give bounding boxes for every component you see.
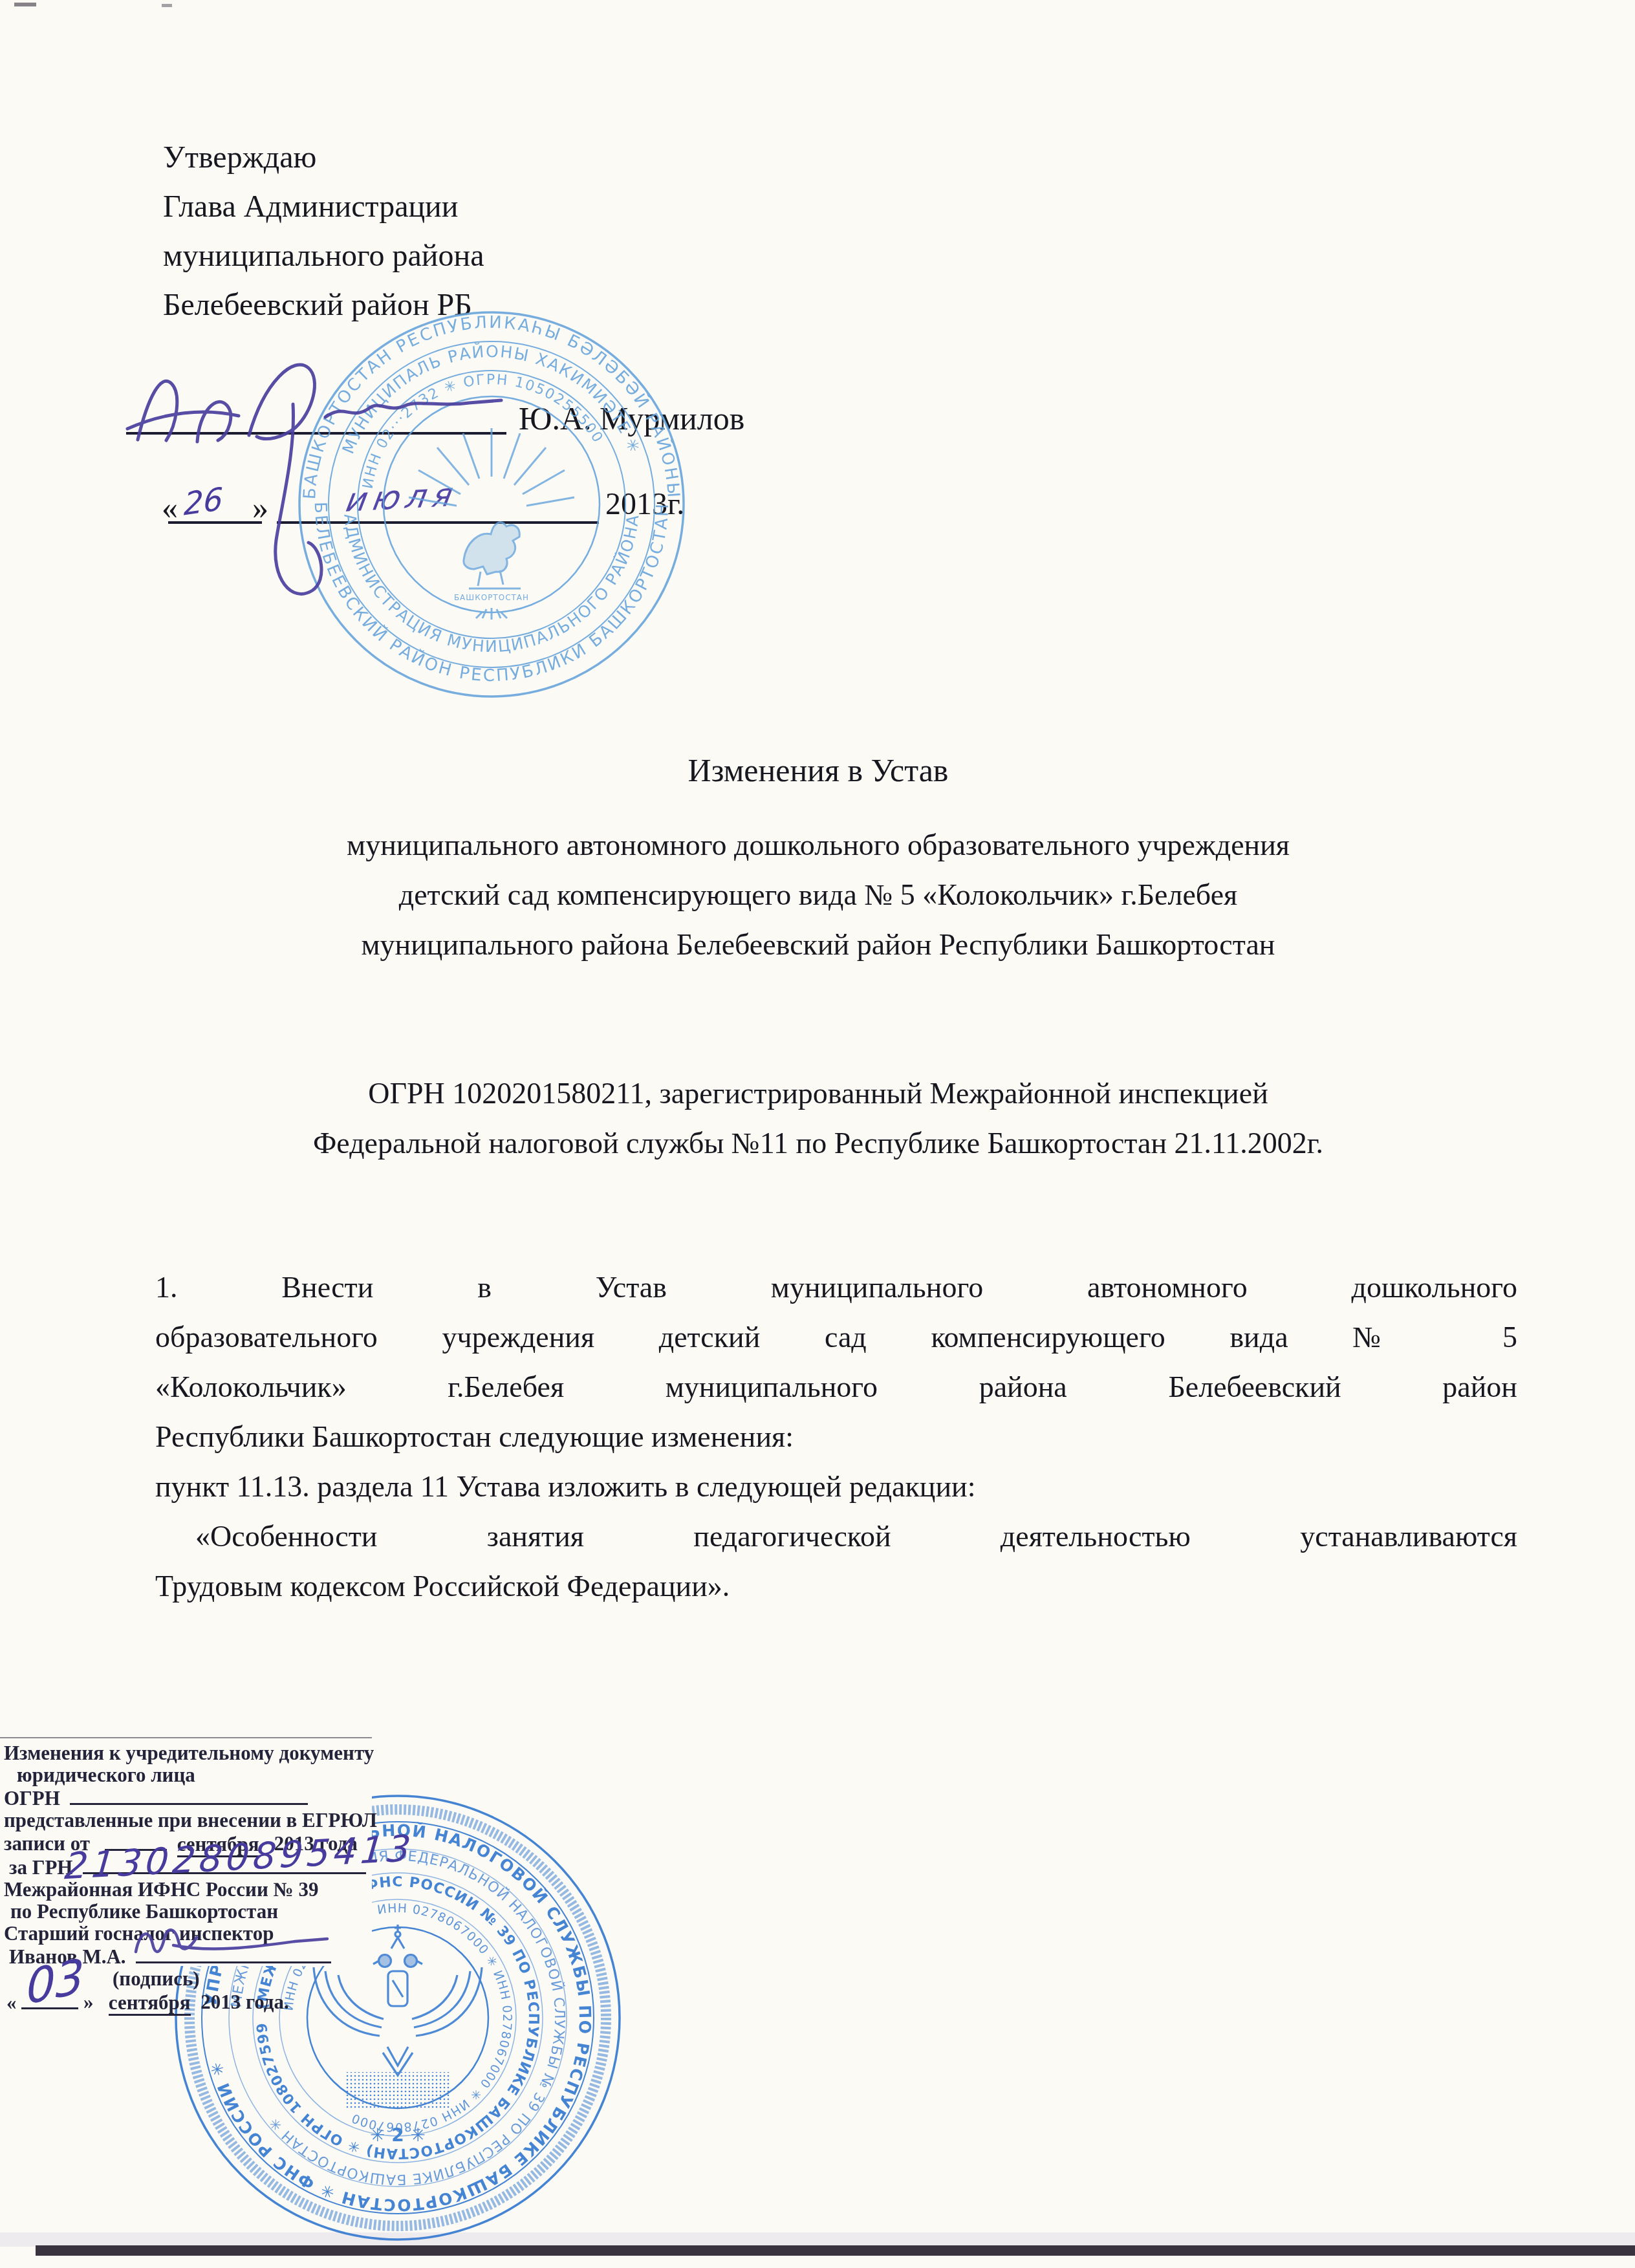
date-open: «: [4, 1991, 17, 2014]
body-line: «Особенности занятия педагогической деят…: [155, 1511, 1517, 1561]
date-month: сентября: [109, 1991, 191, 2016]
body-text: 1. Внести в Устав муниципального автоном…: [155, 1262, 1517, 1611]
scan-speck: [14, 3, 36, 6]
registration-block: ОГРН 1020201580211, зарегистрированный М…: [97, 1068, 1539, 1168]
scan-speck: [162, 4, 172, 7]
registration-line: ОГРН 1020201580211, зарегистрированный М…: [97, 1068, 1539, 1118]
body-line: Республики Башкортостан следующие измене…: [155, 1412, 1517, 1462]
approval-block: Утверждаю Глава Администрации муниципаль…: [163, 133, 484, 330]
body-line: пункт 11.13. раздела 11 Устава изложить …: [155, 1462, 1517, 1511]
stamp-line: Изменения к учредительному документу: [4, 1742, 431, 1764]
approval-line: Глава Администрации: [163, 182, 484, 232]
ogrn-fill-line: [70, 1786, 308, 1805]
seal-hatch-box: [346, 2072, 449, 2108]
document-title: Изменения в Устав: [97, 751, 1539, 789]
grn-label: за ГРН: [4, 1856, 72, 1879]
subtitle-line: муниципального автономного дошкольного о…: [97, 820, 1539, 870]
body-line: 1. Внести в Устав муниципального автоном…: [155, 1262, 1517, 1312]
body-line: «Колокольчик» г.Белебея муниципального р…: [155, 1362, 1517, 1412]
body-line: образовательного учреждения детский сад …: [155, 1312, 1517, 1362]
approval-line: Утверждаю: [163, 133, 484, 182]
approval-line: муниципального района: [163, 232, 484, 281]
stamp-line-ogrn: ОГРН: [4, 1786, 431, 1809]
stamp-line: юридического лица: [4, 1764, 431, 1786]
scanned-document-page: Утверждаю Глава Администрации муниципаль…: [0, 0, 1635, 2268]
body-line: Трудовым кодексом Российской Федерации».: [155, 1561, 1517, 1611]
date-close: »: [83, 1991, 94, 2014]
inspector-signature-handwritten: [128, 1916, 348, 1967]
scan-edge-line: [36, 2245, 1635, 2256]
ogrn-label: ОГРН: [4, 1787, 60, 1809]
subtitle-line: муниципального района Белебеевский район…: [97, 920, 1539, 969]
subtitle-line: детский сад компенсирующего вида № 5 «Ко…: [97, 870, 1539, 920]
document-subtitle: муниципального автономного дошкольного о…: [97, 820, 1539, 969]
seal-center-number: ✳ 2 ✳: [370, 2124, 426, 2146]
date-rest: 2013 года.: [200, 1991, 289, 2014]
stamp-line: представленные при внесении в ЕГРЮЛ: [4, 1809, 431, 1831]
registration-line: Федеральной налоговой службы №11 по Респ…: [97, 1118, 1539, 1168]
head-signature-handwritten: [120, 327, 521, 631]
